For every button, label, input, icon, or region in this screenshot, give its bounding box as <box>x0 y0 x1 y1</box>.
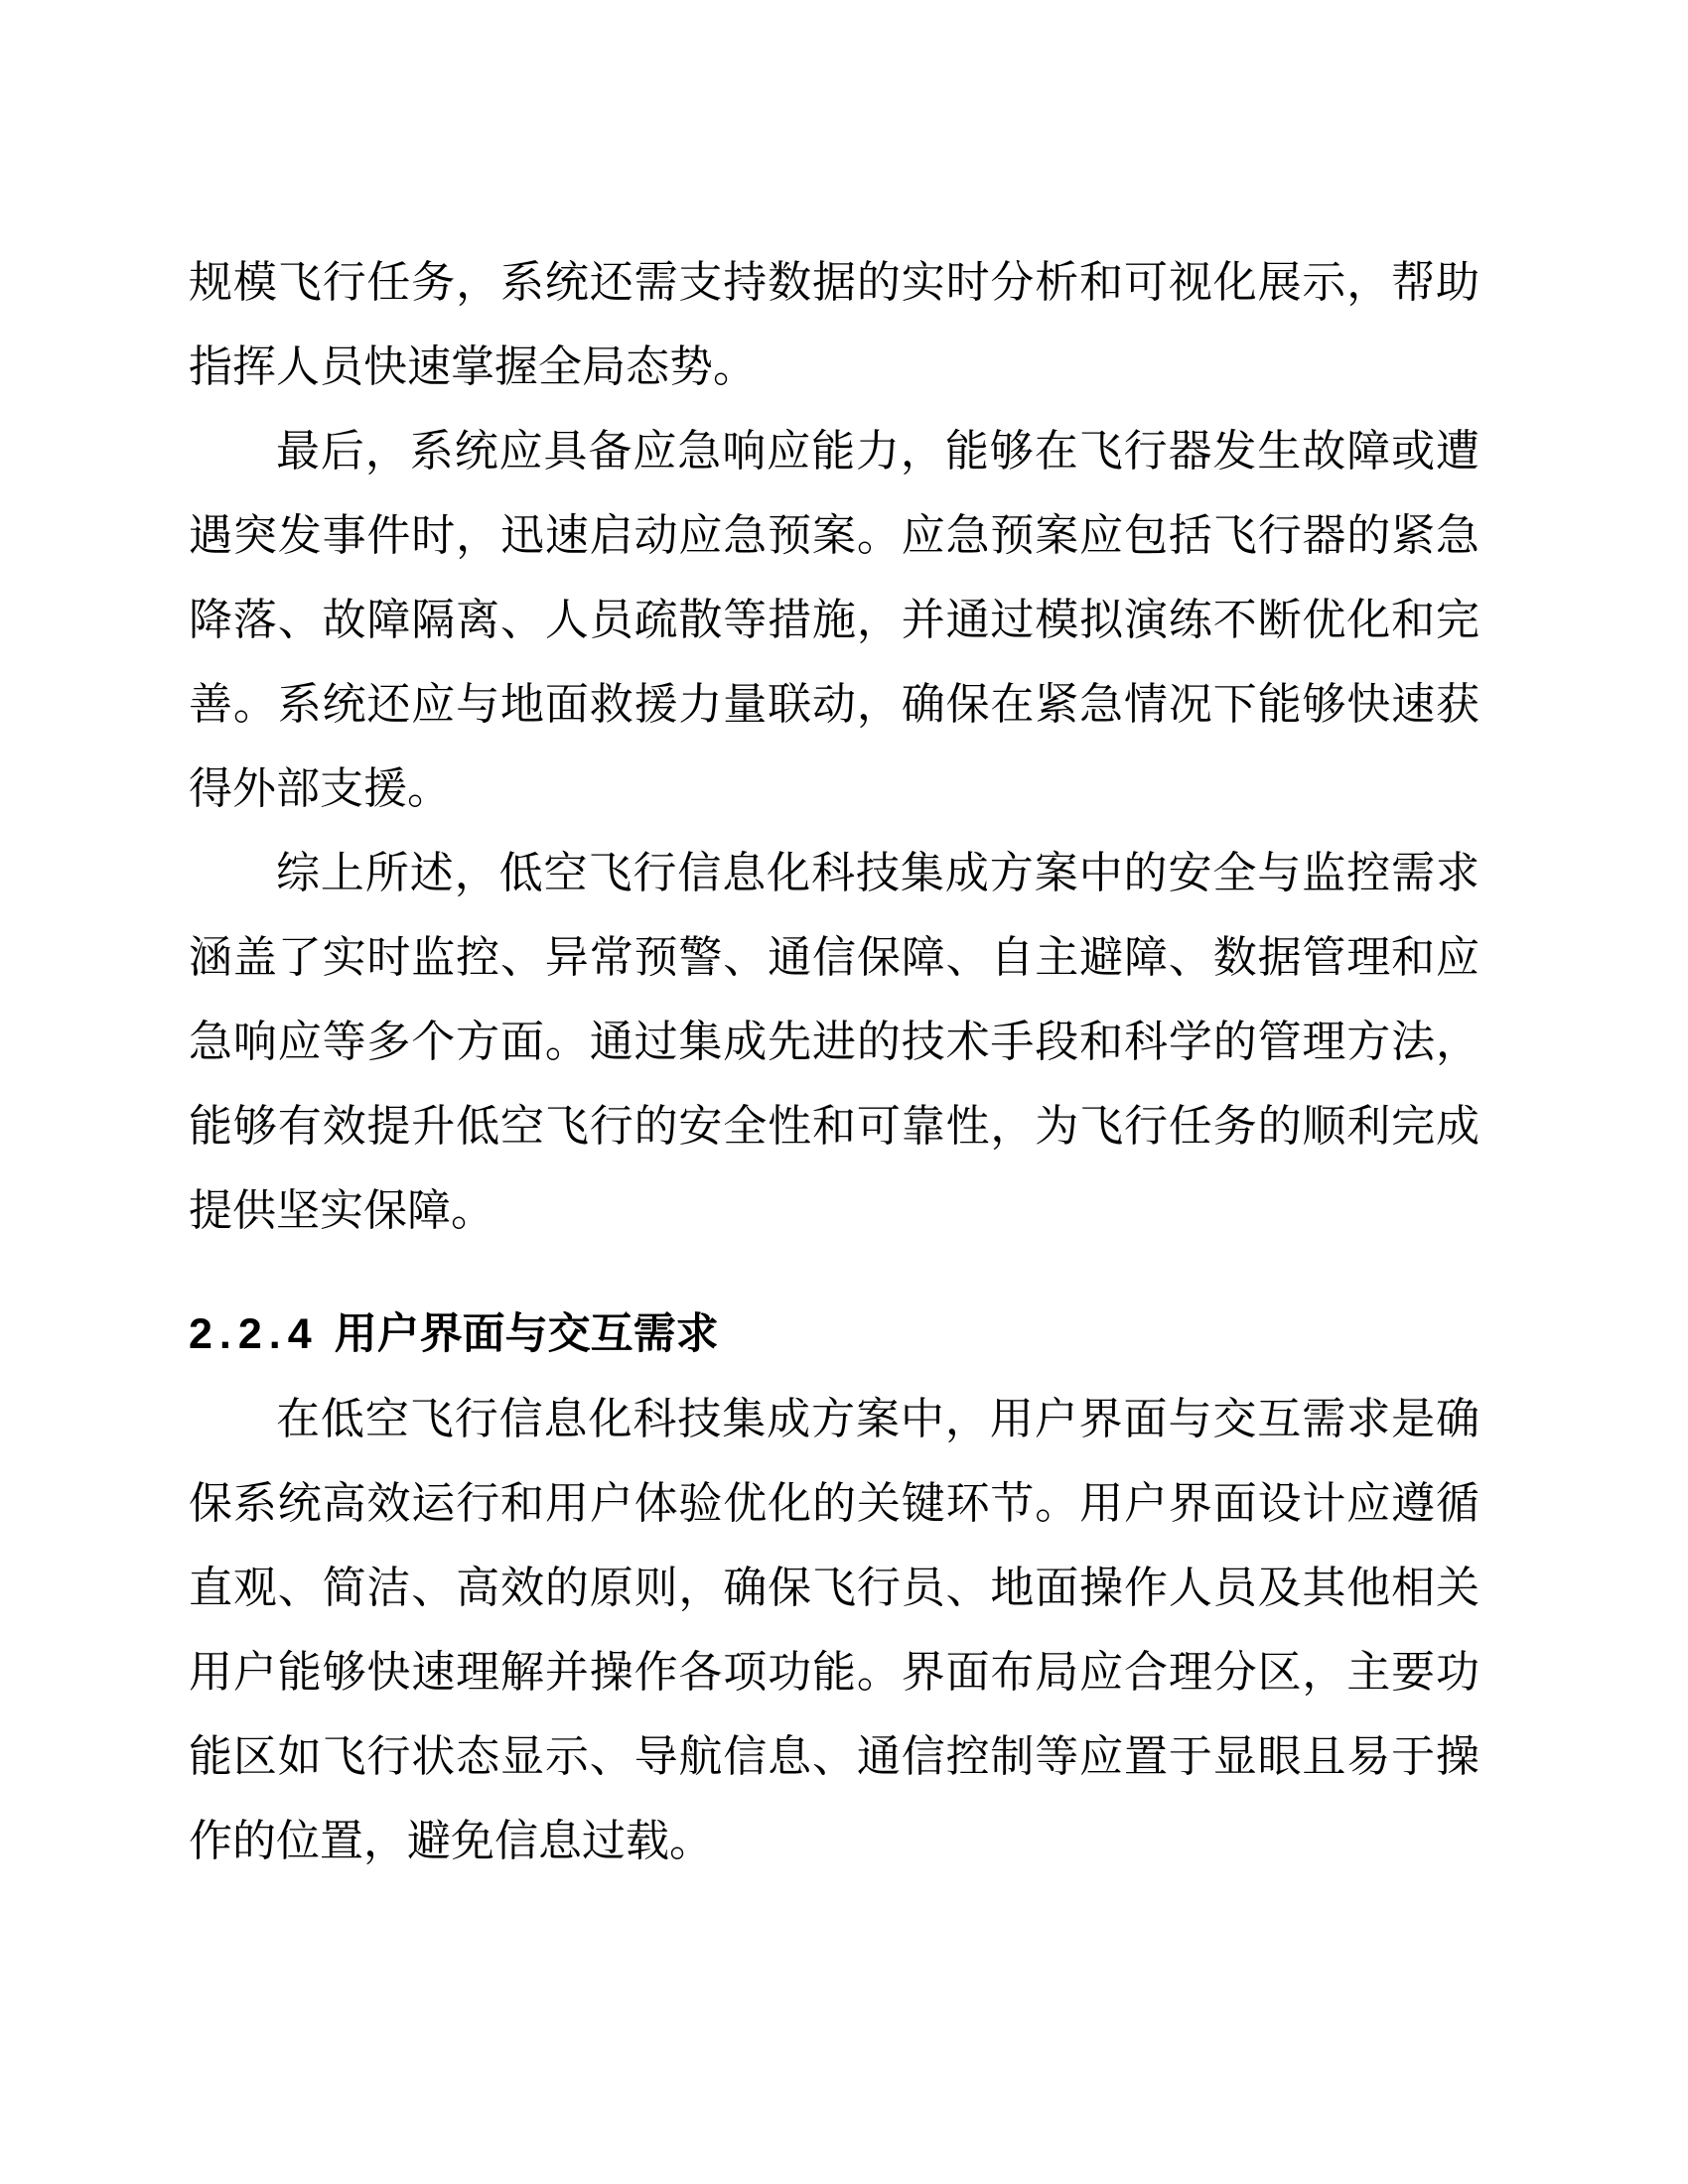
section-heading-number: 2.2.4 <box>189 1310 319 1358</box>
section-heading-title: 用户界面与交互需求 <box>335 1310 719 1358</box>
body-paragraph: 最后，系统应具备应急响应能力，能够在飞行器发生故障或遭遇突发事件时，迅速启动应急… <box>189 409 1479 831</box>
document-page: 规模飞行任务，系统还需支持数据的实时分析和可视化展示，帮助指挥人员快速掌握全局态… <box>0 0 1688 2184</box>
body-paragraph: 综上所述，低空飞行信息化科技集成方案中的安全与监控需求涵盖了实时监控、异常预警、… <box>189 831 1479 1253</box>
body-paragraph: 在低空飞行信息化科技集成方案中，用户界面与交互需求是确保系统高效运行和用户体验优… <box>189 1377 1479 1883</box>
page-content: 规模飞行任务，系统还需支持数据的实时分析和可视化展示，帮助指挥人员快速掌握全局态… <box>189 240 1479 1883</box>
section-heading: 2.2.4用户界面与交互需求 <box>189 1293 1479 1377</box>
body-paragraph: 规模飞行任务，系统还需支持数据的实时分析和可视化展示，帮助指挥人员快速掌握全局态… <box>189 240 1479 409</box>
